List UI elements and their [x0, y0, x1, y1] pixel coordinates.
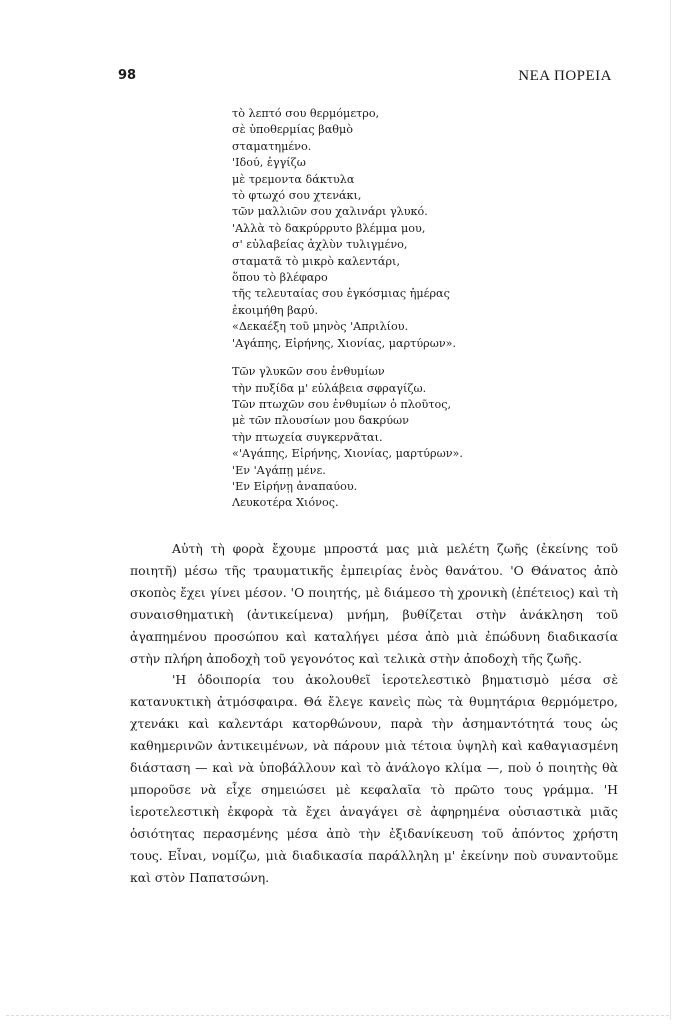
poem-line: 'Εν Εἰρήνῃ ἀναπαύου. — [232, 479, 463, 495]
poem-line: τὴν πτωχεία συγκερνᾶται. — [232, 430, 463, 446]
poem-line: τῶν μαλλιῶν σου χαλινάρι γλυκό. — [232, 204, 463, 220]
poem-line: σταματᾶ τὸ μικρὸ καλεντάρι, — [232, 254, 463, 270]
poem-line: μὲ τῶν πλουσίων μου δακρύων — [232, 413, 463, 429]
paragraph: 'Η ὁδοιπορία του ἀκολουθεῖ ἱεροτελεστικὸ… — [130, 669, 618, 888]
poem-line: 'Αλλὰ τὸ δακρύρρυτο βλέμμα μου, — [232, 221, 463, 237]
poem-line: 'Αγάπης, Εἰρήνης, Χιονίας, μαρτύρων». — [232, 336, 463, 352]
poem-stanza-2: Τῶν γλυκῶν σου ἐνθυμίων τὴν πυξίδα μ' εὐ… — [232, 364, 463, 512]
poem-line: ἐκοιμήθη βαρύ. — [232, 303, 463, 319]
page-number: 98 — [118, 68, 136, 83]
body-text: Αὐτὴ τὴ φορὰ ἔχουμε μπροστά μας μιὰ μελέ… — [130, 538, 618, 889]
poem-line: τὸ φτωχό σου χτενάκι, — [232, 188, 463, 204]
poem-line: τῆς τελευταίας σου ἐγκόσμιας ἡμέρας — [232, 286, 463, 302]
running-title: ΝΕΑ ΠΟΡΕΙΑ — [518, 68, 612, 85]
poem-line: 'Εν 'Αγάπῃ μένε. — [232, 463, 463, 479]
poem-line: «Δεκαέξη τοῦ μηνὸς 'Απριλίου. — [232, 319, 463, 335]
poem-line: «'Αγάπης, Εἰρήνης, Χιονίας, μαρτύρων». — [232, 446, 463, 462]
poem-stanza-1: τὸ λεπτό σου θερμόμετρο, σὲ ὑποθερμίας β… — [232, 106, 463, 352]
poem-line: Τῶν πτωχῶν σου ἐνθυμίων ὁ πλοῦτος, — [232, 397, 463, 413]
poem-line: Λευκοτέρα Χιόνος. — [232, 495, 463, 511]
poem-line: Τῶν γλυκῶν σου ἐνθυμίων — [232, 364, 463, 380]
paragraph: Αὐτὴ τὴ φορὰ ἔχουμε μπροστά μας μιὰ μελέ… — [130, 538, 618, 669]
poem-line: σταματημένο. — [232, 139, 463, 155]
poem-line: σὲ ὑποθερμίας βαθμὸ — [232, 122, 463, 138]
poem-line: μὲ τρεμοντα δάκτυλα — [232, 172, 463, 188]
poem-quotation: τὸ λεπτό σου θερμόμετρο, σὲ ὑποθερμίας β… — [232, 106, 463, 512]
poem-line: 'Ιδού, ἐγγίζω — [232, 155, 463, 171]
poem-line: σ' εὐλαβείας ἀχλὺν τυλιγμένο, — [232, 237, 463, 253]
poem-line: ὅπου τὸ βλέφαρο — [232, 270, 463, 286]
page-right-edge — [670, 0, 671, 1020]
poem-line: τὸ λεπτό σου θερμόμετρο, — [232, 106, 463, 122]
book-page: 98 ΝΕΑ ΠΟΡΕΙΑ τὸ λεπτό σου θερμόμετρο, σ… — [0, 0, 675, 1024]
page-header: 98 ΝΕΑ ΠΟΡΕΙΑ — [118, 68, 612, 88]
poem-line: τὴν πυξίδα μ' εὐλάβεια σφραγίζω. — [232, 381, 463, 397]
page-bottom-edge — [6, 1014, 669, 1016]
